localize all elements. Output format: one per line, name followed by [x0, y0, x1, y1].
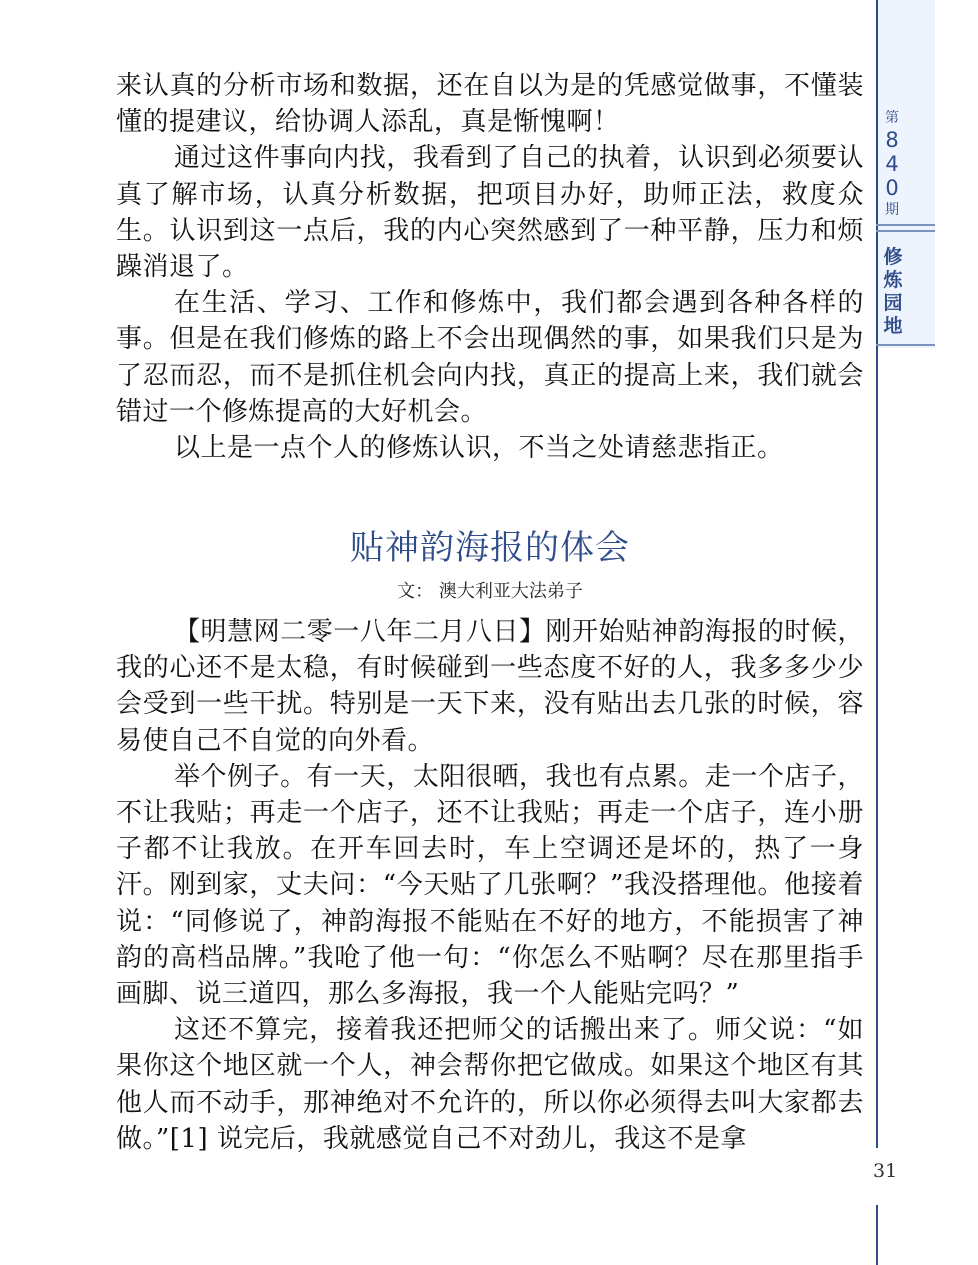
issue-prefix: 第: [880, 108, 904, 128]
section-char: 修: [880, 246, 906, 269]
section-label: 修 炼 园 地: [880, 246, 906, 338]
page-number: 31: [873, 1160, 897, 1182]
section-char: 地: [880, 315, 906, 338]
issue-digit: 4: [880, 152, 904, 176]
margin-rule-top: [876, 0, 878, 1148]
section-char: 园: [880, 292, 906, 315]
paragraph: 【明慧网二零一八年二月八日】刚开始贴神韵海报的时候，我的心还不是太稳，有时候碰到…: [116, 614, 864, 759]
paragraph: 举个例子。有一天，太阳很晒，我也有点累。走一个店子，不让我贴；再走一个店子，还不…: [116, 759, 864, 1012]
issue-number: 第 8 4 0 期: [880, 108, 904, 220]
issue-digit: 0: [880, 176, 904, 200]
margin-rule-bottom: [876, 1205, 878, 1265]
previous-article-body: 来认真的分析市场和数据，还在自以为是的凭感觉做事，不懂装懂的提建议，给协调人添乱…: [116, 68, 864, 466]
sidebar-divider: [876, 230, 935, 232]
paragraph: 以上是一点个人的修炼认识，不当之处请慈悲指正。: [116, 430, 864, 466]
issue-digit: 8: [880, 128, 904, 152]
paragraph: 这还不算完，接着我还把师父的话搬出来了。师父说：“如果你这个地区就一个人，神会帮…: [116, 1012, 864, 1157]
paragraph: 通过这件事向内找，我看到了自己的执着，认识到必须要认真了解市场，认真分析数据，把…: [116, 140, 864, 285]
article-title: 贴神韵海报的体会: [116, 520, 864, 569]
paragraph: 在生活、学习、工作和修炼中，我们都会遇到各种各样的事。但是在我们修炼的路上不会出…: [116, 285, 864, 430]
sidebar-divider: [876, 344, 935, 346]
sidebar-divider: [876, 224, 935, 226]
paragraph: 来认真的分析市场和数据，还在自以为是的凭感觉做事，不懂装懂的提建议，给协调人添乱…: [116, 68, 864, 140]
article-byline: 文： 澳大利亚大法弟子: [116, 577, 864, 603]
issue-suffix: 期: [880, 200, 904, 220]
section-char: 炼: [880, 269, 906, 292]
article-body: 【明慧网二零一八年二月八日】刚开始贴神韵海报的时候，我的心还不是太稳，有时候碰到…: [116, 614, 864, 1157]
